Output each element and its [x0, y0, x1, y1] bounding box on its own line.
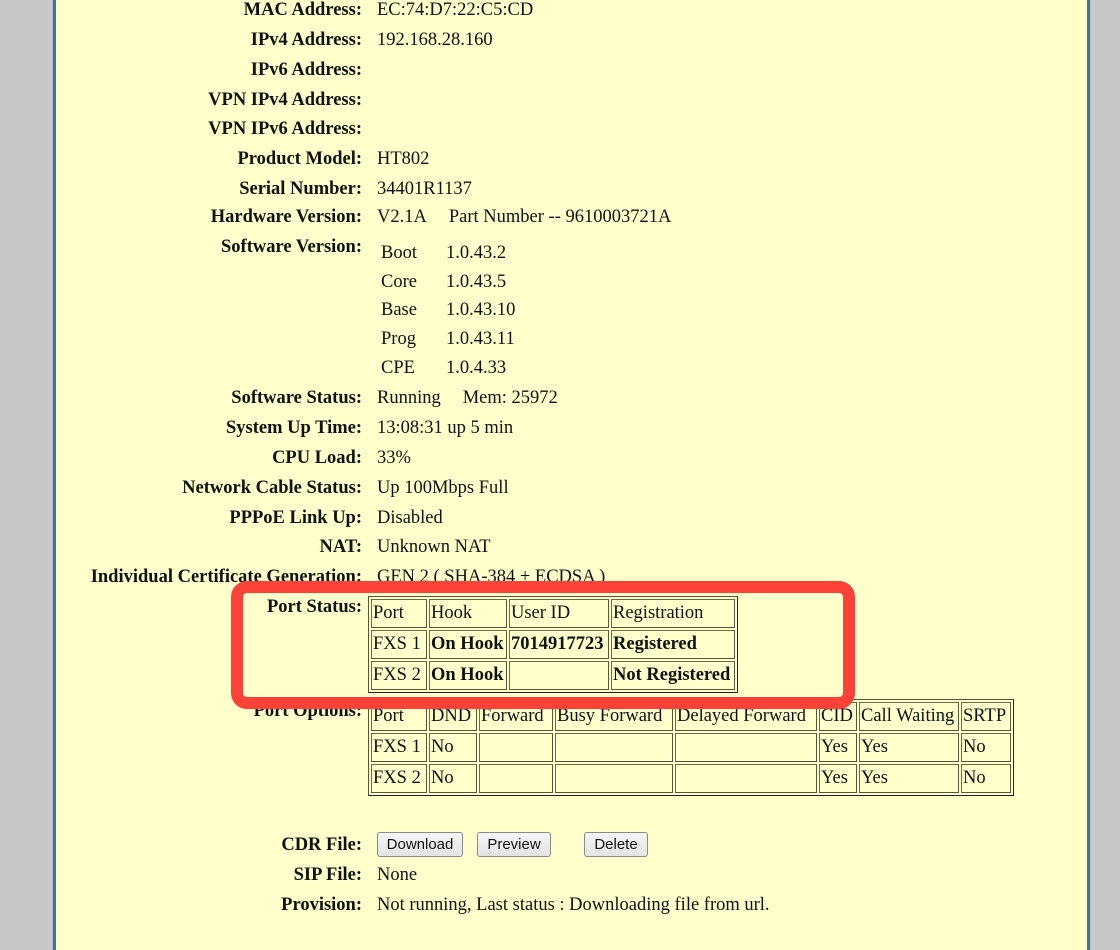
- status-nat-value: Unknown NAT: [377, 536, 491, 558]
- port-status-label: Port Status:: [0, 596, 362, 618]
- table-row: FXS 1NoYesYesNo: [371, 733, 1011, 762]
- software-version-table: Boot1.0.43.2Core1.0.43.5Base1.0.43.10Pro…: [381, 239, 515, 382]
- column-header: User ID: [509, 599, 609, 628]
- status-network-cable-status-value: Up 100Mbps Full: [377, 477, 509, 499]
- table-cell: Yes: [819, 764, 857, 793]
- column-header: Busy Forward: [555, 702, 673, 731]
- table-header-row: PortHookUser IDRegistration: [371, 599, 735, 628]
- software-component-row: CPE1.0.4.33: [381, 354, 515, 383]
- table-cell: Yes: [859, 733, 959, 762]
- field-serial-number-label: Serial Number:: [0, 178, 362, 200]
- field-ipv4-address-label: IPv4 Address:: [0, 29, 362, 51]
- provision-label: Provision:: [0, 894, 362, 915]
- component-version: 1.0.4.33: [446, 354, 515, 383]
- table-cell: [555, 764, 673, 793]
- table-cell: No: [961, 733, 1011, 762]
- software-status-label: Software Status:: [0, 387, 362, 409]
- component-version: 1.0.43.11: [446, 325, 515, 354]
- column-header: CID: [819, 702, 857, 731]
- component-name: CPE: [381, 354, 446, 383]
- field-vpn-ipv6-address-label: VPN IPv6 Address:: [0, 118, 362, 140]
- column-header: SRTP: [961, 702, 1011, 731]
- part-number-value: Part Number -- 9610003721A: [449, 207, 671, 227]
- table-cell: FXS 2: [371, 764, 427, 793]
- table-cell: [479, 764, 553, 793]
- software-version-label: Software Version:: [0, 236, 362, 258]
- cdr-file-label: CDR File:: [0, 834, 362, 856]
- hardware-version-value: V2.1A: [377, 207, 427, 227]
- sip-file-label: SIP File:: [0, 864, 362, 886]
- table-cell: 7014917723: [509, 630, 609, 659]
- cdr-download-button[interactable]: Download: [377, 832, 463, 857]
- table-cell: FXS 2: [371, 661, 427, 690]
- status-pppoe-link-up-label: PPPoE Link Up:: [0, 507, 362, 529]
- status-cpu-load-label: CPU Load:: [0, 447, 362, 469]
- field-product-model-value: HT802: [377, 148, 429, 170]
- cdr-preview-button[interactable]: Preview: [477, 832, 551, 857]
- table-cell: FXS 1: [371, 630, 427, 659]
- column-header: DND: [429, 702, 477, 731]
- table-row: FXS 2On HookNot Registered: [371, 661, 735, 690]
- component-version: 1.0.43.10: [446, 296, 515, 325]
- table-cell: On Hook: [429, 630, 507, 659]
- column-header: Port: [371, 599, 427, 628]
- table-cell: On Hook: [429, 661, 507, 690]
- field-ipv4-address-value: 192.168.28.160: [377, 29, 493, 51]
- table-cell: Registered: [611, 630, 735, 659]
- status-system-up-time-value: 13:08:31 up 5 min: [377, 417, 513, 439]
- field-serial-number-value: 34401R1137: [377, 178, 472, 200]
- column-header: Call Waiting: [859, 702, 959, 731]
- table-cell: Yes: [859, 764, 959, 793]
- status-pppoe-link-up-value: Disabled: [377, 507, 443, 529]
- component-name: Prog: [381, 325, 446, 354]
- table-cell: Not Registered: [611, 661, 735, 690]
- memory-value: Mem: 25972: [463, 388, 558, 408]
- table-cell: [509, 661, 609, 690]
- table-row: FXS 1On Hook7014917723Registered: [371, 630, 735, 659]
- field-mac-address-label: MAC Address:: [0, 0, 362, 21]
- cdr-delete-button[interactable]: Delete: [584, 832, 648, 857]
- column-header: Delayed Forward: [675, 702, 817, 731]
- column-header: Registration: [611, 599, 735, 628]
- table-header-row: PortDNDForwardBusy ForwardDelayed Forwar…: [371, 702, 1011, 731]
- status-cpu-load-value: 33%: [377, 447, 411, 469]
- field-vpn-ipv4-address-label: VPN IPv4 Address:: [0, 89, 362, 111]
- port-options-table: PortDNDForwardBusy ForwardDelayed Forwar…: [368, 699, 1014, 796]
- table-cell: [479, 733, 553, 762]
- component-name: Boot: [381, 239, 446, 268]
- column-header: Forward: [479, 702, 553, 731]
- table-cell: No: [961, 764, 1011, 793]
- table-cell: No: [429, 764, 477, 793]
- software-component-row: Boot1.0.43.2: [381, 239, 515, 268]
- status-nat-label: NAT:: [0, 536, 362, 558]
- column-header: Hook: [429, 599, 507, 628]
- component-version: 1.0.43.5: [446, 268, 515, 297]
- table-cell: [555, 733, 673, 762]
- software-component-row: Prog1.0.43.11: [381, 325, 515, 354]
- software-state: Running: [377, 388, 441, 408]
- status-individual-certificate-generation-label: Individual Certificate Generation:: [0, 566, 362, 588]
- sip-file-value: None: [377, 864, 417, 886]
- table-cell: [675, 733, 817, 762]
- status-individual-certificate-generation-value: GEN 2 ( SHA-384 + ECDSA ): [377, 566, 605, 588]
- software-component-row: Base1.0.43.10: [381, 296, 515, 325]
- column-header: Port: [371, 702, 427, 731]
- field-product-model-label: Product Model:: [0, 148, 362, 170]
- table-row: FXS 2NoYesYesNo: [371, 764, 1011, 793]
- hardware-version-label: Hardware Version:: [0, 206, 362, 228]
- software-component-row: Core1.0.43.5: [381, 268, 515, 297]
- table-cell: Yes: [819, 733, 857, 762]
- table-cell: FXS 1: [371, 733, 427, 762]
- field-ipv6-address-label: IPv6 Address:: [0, 59, 362, 81]
- port-status-table: PortHookUser IDRegistrationFXS 1On Hook7…: [368, 596, 738, 693]
- component-name: Core: [381, 268, 446, 297]
- status-system-up-time-label: System Up Time:: [0, 417, 362, 439]
- table-cell: [675, 764, 817, 793]
- port-options-label: Port Options:: [0, 700, 362, 722]
- table-cell: No: [429, 733, 477, 762]
- status-network-cable-status-label: Network Cable Status:: [0, 477, 362, 499]
- component-name: Base: [381, 296, 446, 325]
- provision-value: Not running, Last status : Downloading f…: [377, 894, 770, 915]
- field-mac-address-value: EC:74:D7:22:C5:CD: [377, 0, 533, 21]
- component-version: 1.0.43.2: [446, 239, 515, 268]
